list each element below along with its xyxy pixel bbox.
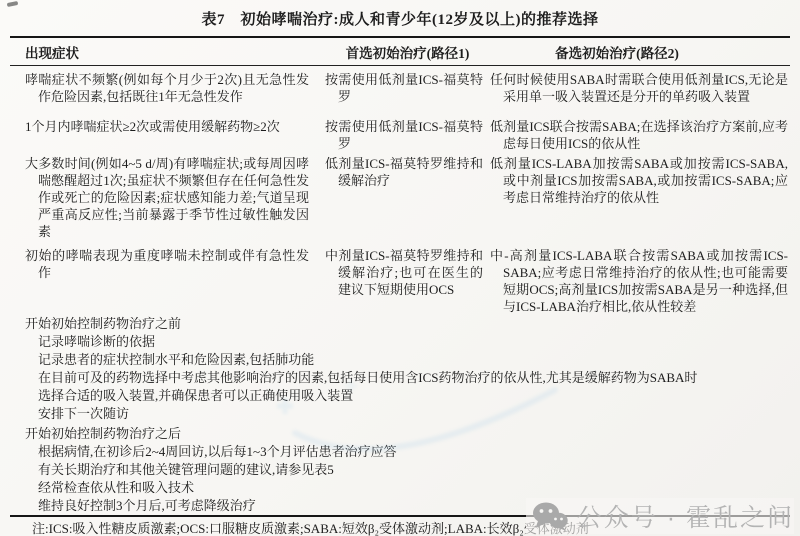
cell-preferred-text: 按需使用低剂量ICS-福莫特罗 bbox=[325, 118, 483, 152]
cell-symptom: 初始的哮喘表现为重度哮喘未控制或伴有急性发作 bbox=[10, 247, 325, 315]
table-row: 初始的哮喘表现为重度哮喘未控制或伴有急性发作 中剂量ICS-福莫特罗维持和缓解治… bbox=[10, 245, 790, 315]
cell-preferred: 按需使用低剂量ICS-福莫特罗 bbox=[325, 71, 490, 105]
cell-symptom-text: 大多数时间(例如4~5 d/周)有哮喘症状;或每周因哮喘憋醒超过1次;虽症状不频… bbox=[25, 155, 309, 240]
cell-preferred: 中剂量ICS-福莫特罗维持和缓解治疗;也可在医生的建议下短期使用OCS bbox=[325, 247, 490, 315]
cell-symptom-text: 初始的哮喘表现为重度哮喘未控制或伴有急性发作 bbox=[25, 247, 309, 281]
wechat-icon bbox=[532, 501, 568, 531]
cell-preferred-text: 中剂量ICS-福莫特罗维持和缓解治疗;也可在医生的建议下短期使用OCS bbox=[325, 247, 483, 298]
section-item: 记录哮喘诊断的依据 bbox=[10, 333, 790, 351]
cell-preferred-text: 按需使用低剂量ICS-福莫特罗 bbox=[325, 71, 483, 105]
section-item: 根据病情,在初诊后2~4周回访,以后每1~3个月评估患者治疗应答 bbox=[10, 443, 790, 461]
cell-alternative-text: 低剂量ICS联合按需SABA;在选择该治疗方案前,应考虑每日使用ICS的依从性 bbox=[490, 118, 788, 152]
cell-alternative-text: 低剂量ICS-LABA加按需SABA或加按需ICS-SABA,或中剂量ICS加按… bbox=[490, 155, 788, 206]
table-header-row: 出现症状 首选初始治疗(路径1) 备选初始治疗(路径2) bbox=[10, 38, 790, 66]
cell-symptom-text: 1个月内哮喘症状≥2次或需使用缓解药物≥2次 bbox=[25, 118, 309, 135]
section-item: 在目前可及的药物选择中考虑其他影响治疗的因素,包括每日使用含ICS药物治疗的依从… bbox=[10, 369, 790, 387]
section-item: 记录患者的症状控制水平和危险因素,包括肺功能 bbox=[10, 351, 790, 369]
cell-symptom: 哮喘症状不频繁(例如每个月少于2次)且无急性发作危险因素,包括既往1年无急性发作 bbox=[10, 71, 325, 105]
asthma-treatment-table: 出现症状 首选初始治疗(路径1) 备选初始治疗(路径2) 哮喘症状不频繁(例如每… bbox=[10, 36, 790, 515]
watermark-text: 公众号 · 霍乱之间 bbox=[577, 498, 794, 534]
cell-alternative: 中-高剂量ICS-LABA联合按需SABA或加按需ICS-SABA;应考虑日常维… bbox=[490, 247, 790, 315]
section-item: 经常检查依从性和吸入技术 bbox=[10, 479, 790, 497]
cell-alternative-text: 任何时候使用SABA时需联合使用低剂量ICS,无论是采用单一吸入装置还是分开的单… bbox=[490, 71, 788, 105]
cell-alternative: 低剂量ICS联合按需SABA;在选择该治疗方案前,应考虑每日使用ICS的依从性 bbox=[490, 118, 790, 152]
section-item: 有关长期治疗和其他关键管理问题的建议,请参见表5 bbox=[10, 461, 790, 479]
section-item: 选择合适的吸入装置,并确保患者可以正确使用吸入装置 bbox=[10, 387, 790, 405]
table-title: 表7 初始哮喘治疗:成人和青少年(12岁及以上)的推荐选择 bbox=[0, 8, 800, 29]
cell-symptom: 1个月内哮喘症状≥2次或需使用缓解药物≥2次 bbox=[10, 118, 325, 152]
cell-preferred: 按需使用低剂量ICS-福莫特罗 bbox=[325, 118, 490, 152]
section-heading: 开始初始控制药物治疗之后 bbox=[10, 425, 790, 443]
table-row: 1个月内哮喘症状≥2次或需使用缓解药物≥2次 按需使用低剂量ICS-福莫特罗 低… bbox=[10, 118, 790, 155]
table-row: 大多数时间(例如4~5 d/周)有哮喘症状;或每周因哮喘憋醒超过1次;虽症状不频… bbox=[10, 155, 790, 245]
cell-preferred: 低剂量ICS-福莫特罗维持和缓解治疗 bbox=[325, 155, 490, 240]
cell-preferred-text: 低剂量ICS-福莫特罗维持和缓解治疗 bbox=[325, 155, 483, 189]
section-item: 安排下一次随访 bbox=[10, 405, 790, 423]
section-heading: 开始初始控制药物治疗之前 bbox=[10, 315, 790, 333]
column-header-preferred-treatment: 首选初始治疗(路径1) bbox=[325, 42, 490, 62]
cell-alternative: 低剂量ICS-LABA加按需SABA或加按需ICS-SABA,或中剂量ICS加按… bbox=[490, 155, 790, 240]
column-header-alternative-treatment: 备选初始治疗(路径2) bbox=[490, 42, 790, 62]
cell-symptom-text: 哮喘症状不频繁(例如每个月少于2次)且无急性发作危险因素,包括既往1年无急性发作 bbox=[25, 71, 309, 105]
cell-alternative: 任何时候使用SABA时需联合使用低剂量ICS,无论是采用单一吸入装置还是分开的单… bbox=[490, 71, 790, 105]
wechat-watermark: 公众号 · 霍乱之间 bbox=[526, 498, 794, 534]
cell-alternative-text: 中-高剂量ICS-LABA联合按需SABA或加按需ICS-SABA;应考虑日常维… bbox=[490, 247, 788, 315]
scan-artifact-speck bbox=[7, 1, 19, 7]
section-before-treatment: 开始初始控制药物治疗之前 记录哮喘诊断的依据 记录患者的症状控制水平和危险因素,… bbox=[10, 315, 790, 423]
column-header-symptoms: 出现症状 bbox=[10, 42, 325, 62]
cell-symptom: 大多数时间(例如4~5 d/周)有哮喘症状;或每周因哮喘憋醒超过1次;虽症状不频… bbox=[10, 155, 325, 240]
table-row: 哮喘症状不频繁(例如每个月少于2次)且无急性发作危险因素,包括既往1年无急性发作… bbox=[10, 66, 790, 118]
